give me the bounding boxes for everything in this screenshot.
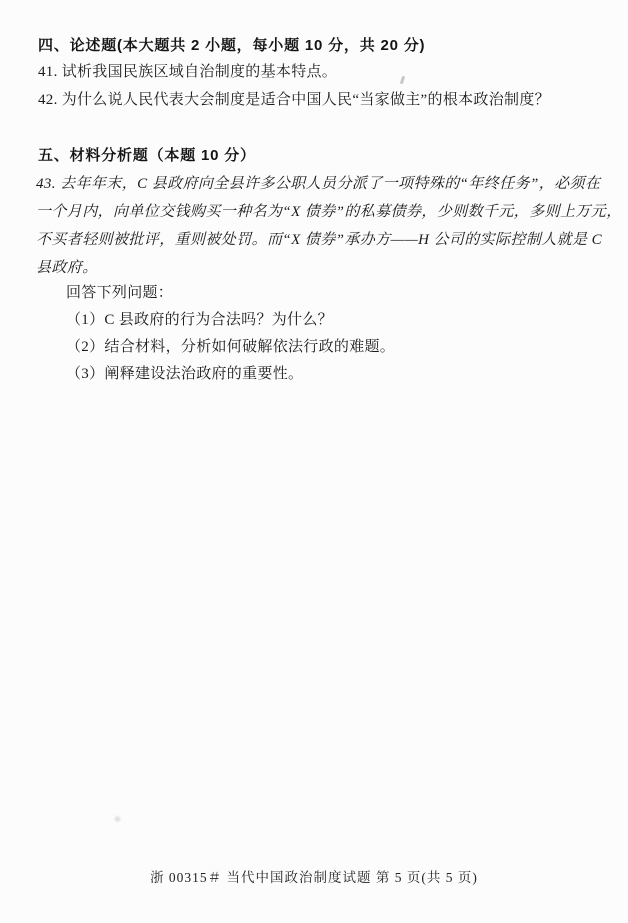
question-41: 41. 试析我国民族区域自治制度的基本特点。 (38, 62, 337, 82)
subquestion-1: （1）C 县政府的行为合法吗？为什么？ (66, 310, 333, 330)
question-43-material-line-1: 43. 去年年末，C 县政府向全县许多公职人员分派了一项特殊的“年终任务”，必须… (36, 174, 600, 194)
answer-prompt: 回答下列问题： (66, 283, 173, 303)
scan-artifact (400, 76, 405, 85)
subquestion-3: （3）阐释建设法治政府的重要性。 (66, 364, 303, 384)
exam-page: 四、论述题(本大题共 2 小题，每小题 10 分，共 20 分) 41. 试析我… (0, 0, 628, 923)
question-43-material-line-4: 县政府。 (36, 258, 98, 278)
scan-artifact (113, 815, 122, 823)
section-5-heading: 五、材料分析题（本题 10 分） (38, 146, 256, 166)
question-43-material-line-3: 不买者轻则被批评，重则被处罚。而“X 债券”承办方——H 公司的实际控制人就是 … (36, 230, 602, 250)
subquestion-2: （2）结合材料，分析如何破解依法行政的难题。 (66, 337, 395, 357)
question-42: 42. 为什么说人民代表大会制度是适合中国人民“当家做主”的根本政治制度？ (38, 90, 550, 110)
page-footer: 浙 00315＃ 当代中国政治制度试题 第 5 页(共 5 页) (0, 866, 628, 886)
question-43-material-line-2: 一个月内，向单位交钱购买一种名为“X 债券”的私募债券，少则数千元，多则上万元， (36, 202, 622, 222)
section-4-heading: 四、论述题(本大题共 2 小题，每小题 10 分，共 20 分) (38, 36, 425, 56)
